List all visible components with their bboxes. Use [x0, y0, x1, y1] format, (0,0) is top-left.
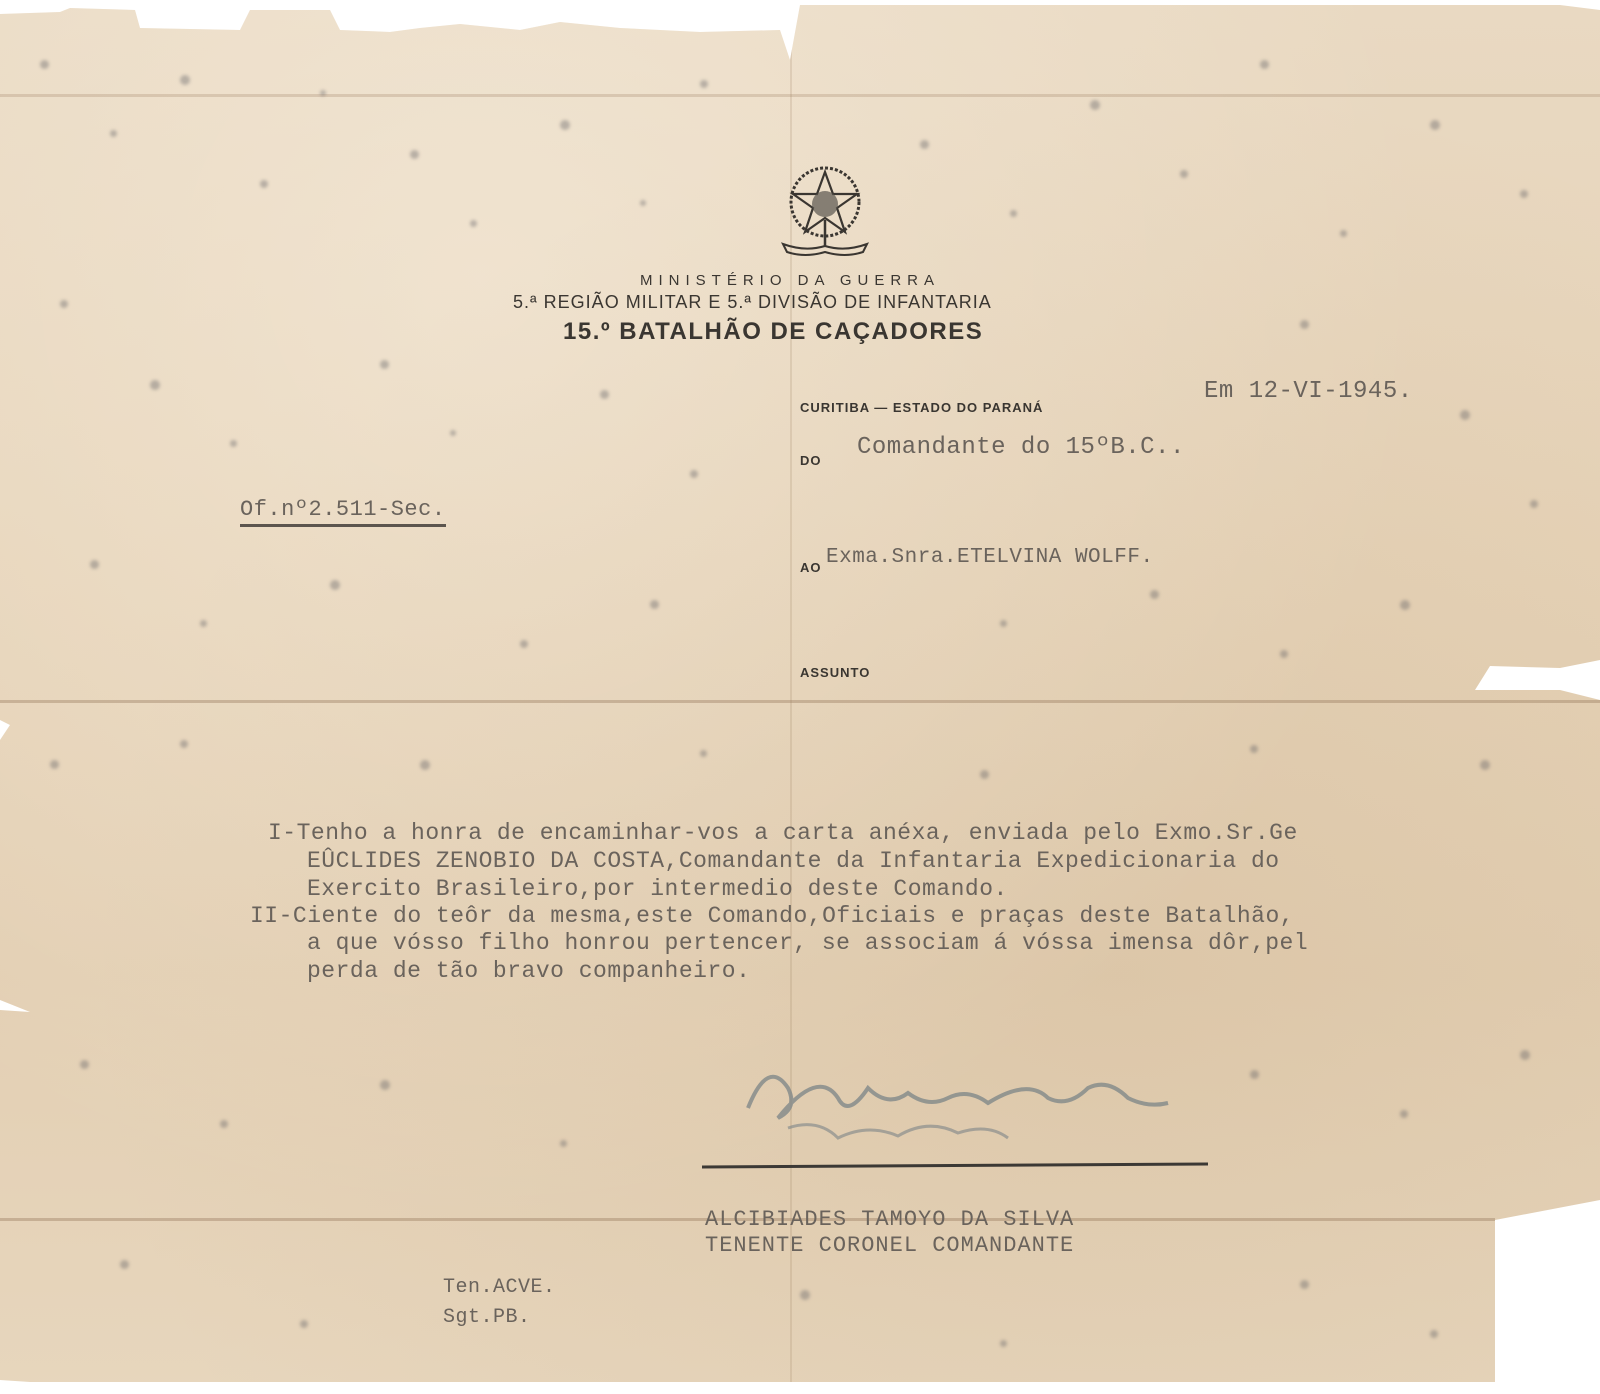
signatory-name: ALCIBIADES TAMOYO DA SILVA — [705, 1207, 1074, 1232]
region-heading: 5.ª REGIÃO MILITAR E 5.ª DIVISÃO DE INFA… — [513, 292, 992, 313]
footer-note-2: Sgt.PB. — [443, 1306, 531, 1329]
handwritten-signature — [728, 1048, 1208, 1158]
date-value: Em 12-VI-1945. — [1204, 378, 1413, 405]
footer-note-1: Ten.ACVE. — [443, 1276, 556, 1299]
body-line: Exercito Brasileiro,por intermedio deste… — [307, 876, 1008, 902]
signature-line — [702, 1162, 1208, 1168]
from-label: DO — [800, 453, 822, 468]
to-label: AO — [800, 560, 822, 575]
city-label: CURITIBA — ESTADO DO PARANÁ — [800, 400, 1043, 415]
battalion-heading: 15.º BATALHÃO DE CAÇADORES — [563, 318, 983, 346]
body-line: perda de tão bravo companheiro. — [307, 958, 750, 984]
document-paper: MINISTÉRIO DA GUERRA 5.ª REGIÃO MILITAR … — [0, 0, 1600, 1394]
body-line: II-Ciente do teôr da mesma,este Comando,… — [250, 903, 1294, 929]
body-line: I-Tenho a honra de encaminhar-vos a cart… — [268, 820, 1298, 846]
body-line: a que vósso filho honrou pertencer, se a… — [307, 930, 1308, 956]
fold-crease — [0, 700, 1600, 703]
ministry-heading: MINISTÉRIO DA GUERRA — [640, 272, 940, 289]
fold-crease — [0, 94, 1600, 97]
brazil-coat-of-arms-icon — [775, 160, 875, 260]
subject-label: ASSUNTO — [800, 665, 870, 680]
reference-number: Of.nº2.511-Sec. — [240, 497, 446, 527]
signatory-title: TENENTE CORONEL COMANDANTE — [705, 1233, 1074, 1258]
from-value: Comandante do 15ºB.C.. — [857, 434, 1185, 461]
body-line: EÛCLIDES ZENOBIO DA COSTA,Comandante da … — [307, 848, 1280, 874]
to-value: Exma.Snra.ETELVINA WOLFF. — [826, 546, 1154, 569]
